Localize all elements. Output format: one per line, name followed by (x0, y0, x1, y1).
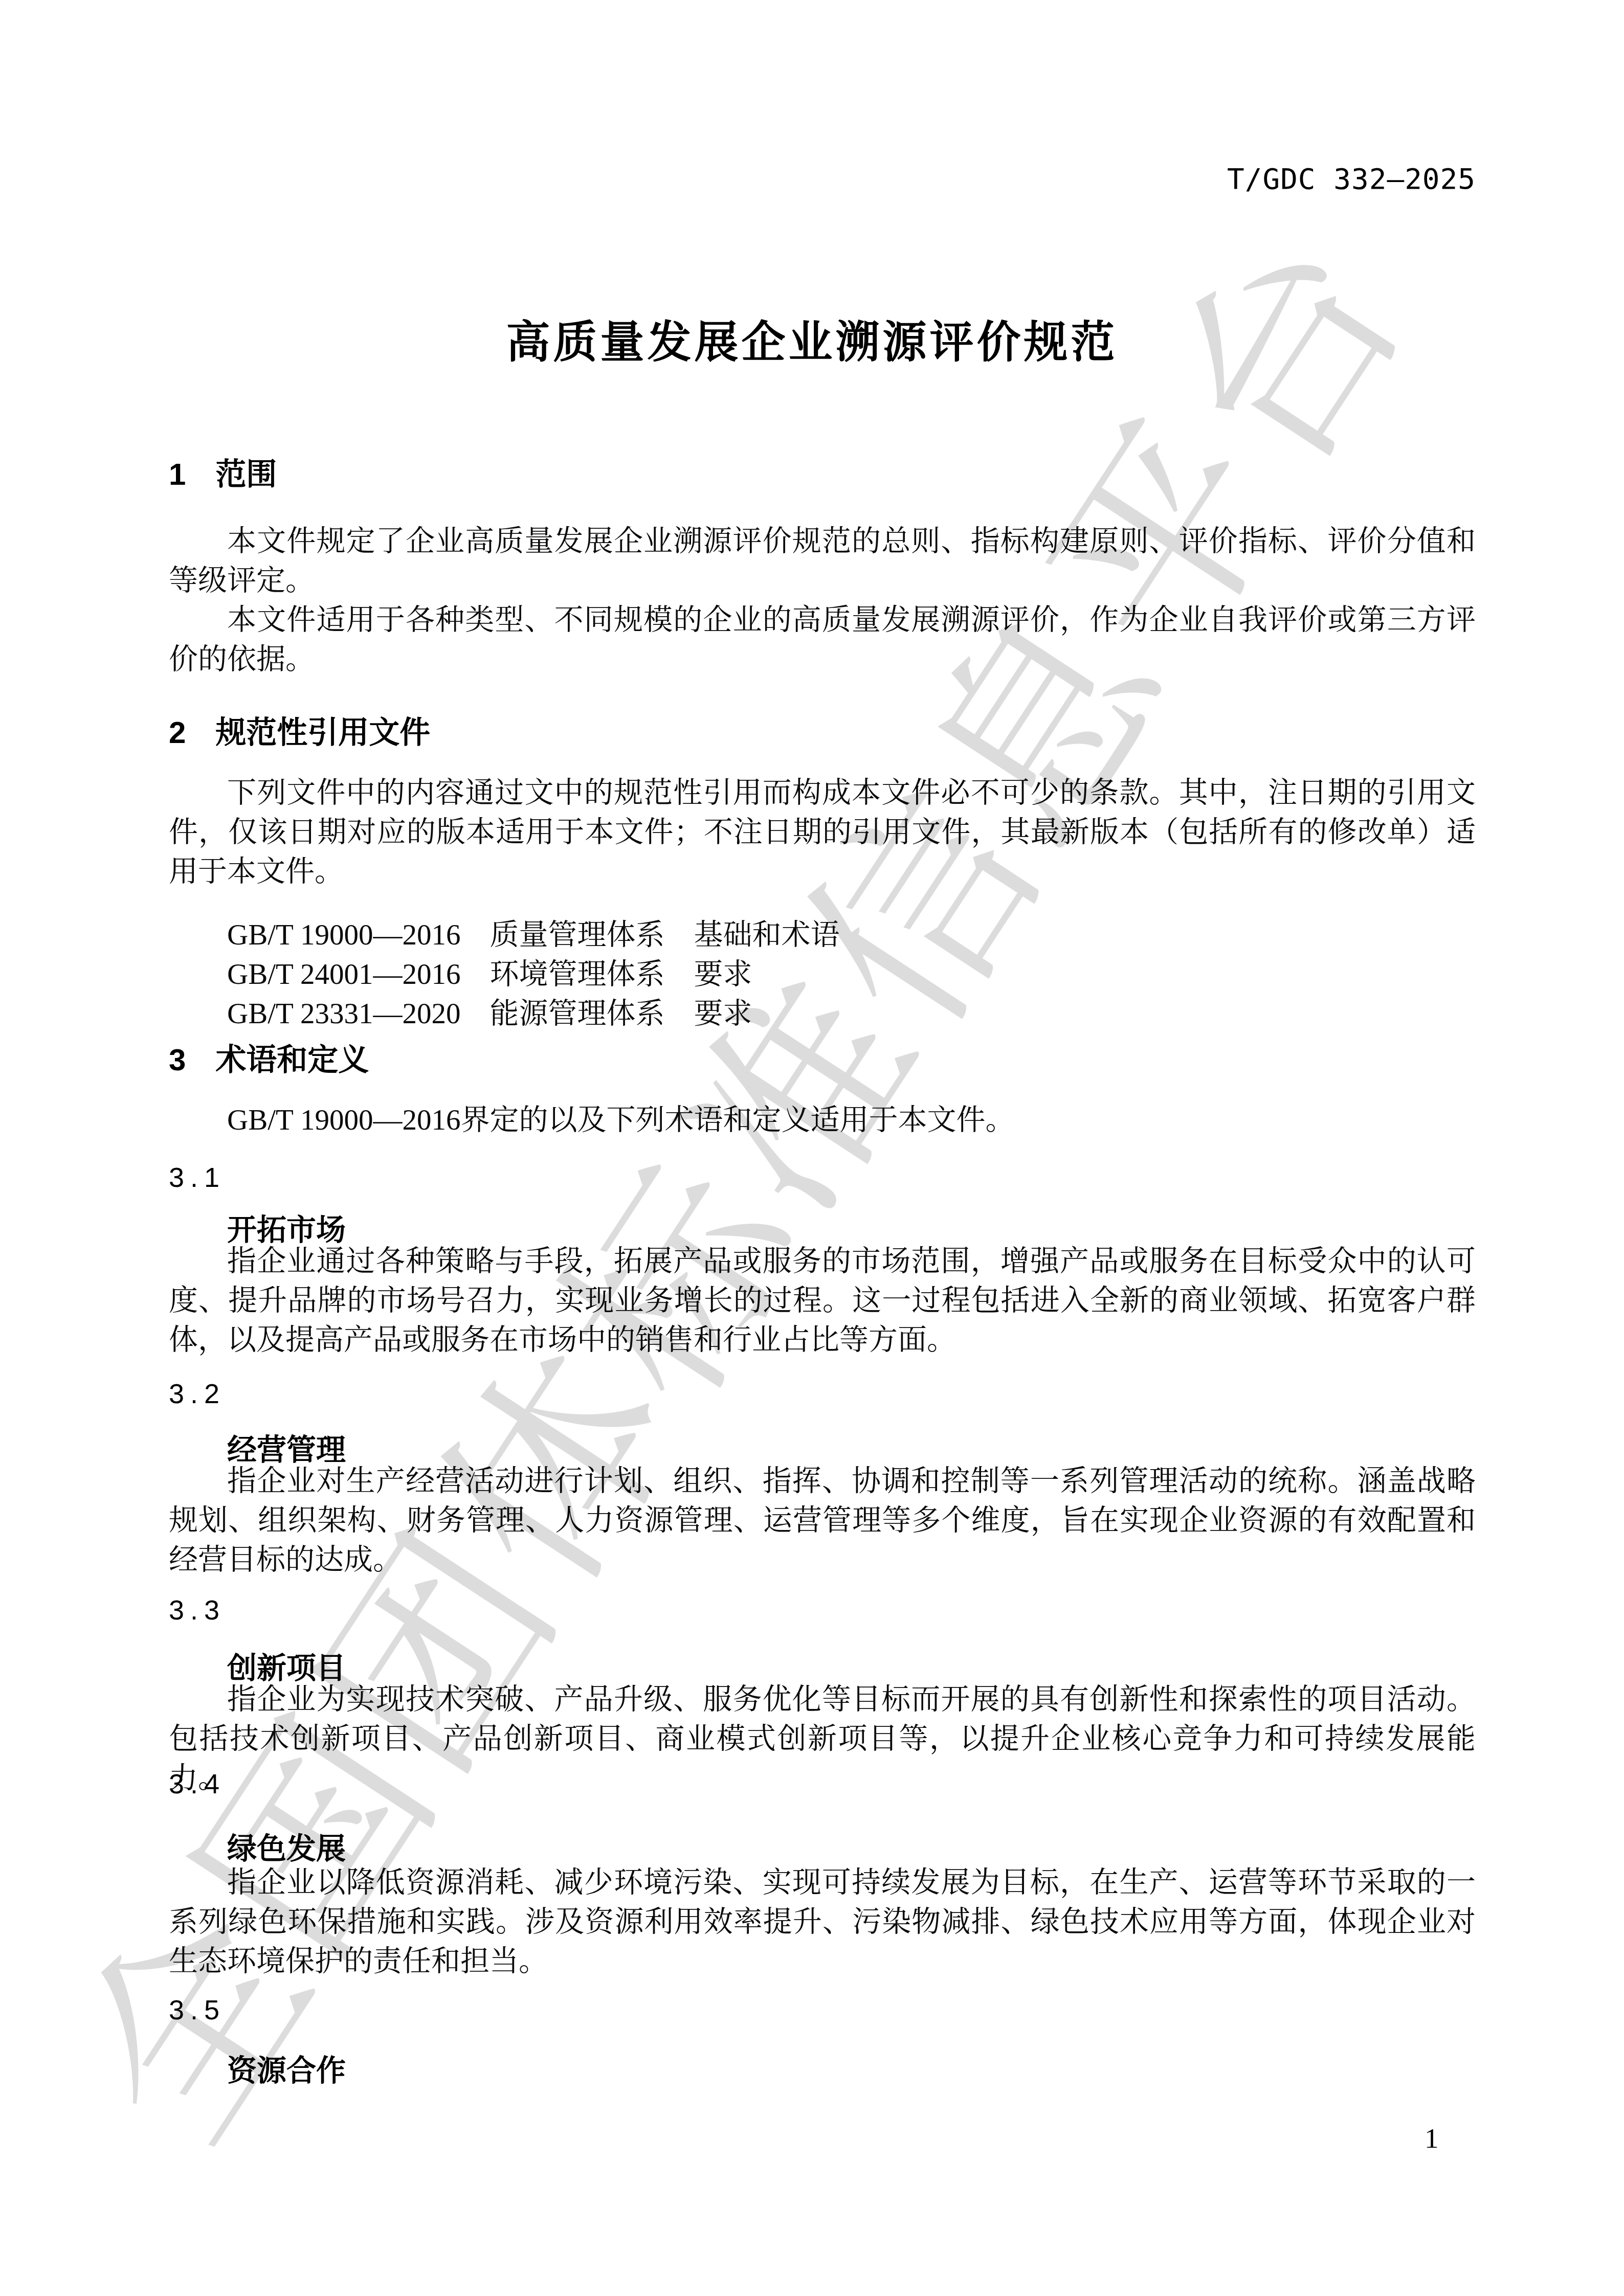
standard-document-page: 全国团体标准信息平台 T/GDC 332—2025 高质量发展企业溯源评价规范 … (0, 0, 1624, 2296)
term-lvsefazhan-definition: 指企业以降低资源消耗、减少环境污染、实现可持续发展为目标，在生产、运营等环节采取… (169, 1863, 1476, 1981)
paragraph: GB/T 19000—2016界定的以及下列术语和定义适用于本文件。 (169, 1100, 1476, 1140)
section-1-label: 范围 (215, 457, 277, 491)
term-lvsefazhan: 绿色发展 (169, 1825, 1534, 1867)
term-kaituoshichang-definition: 指企业通过各种策略与手段，拓展产品或服务的市场范围，增强产品或服务在目标受众中的… (169, 1242, 1476, 1360)
term-jingyingguanli-definition: 指企业对生产经营活动进行计划、组织、指挥、协调和控制等一系列管理活动的统称。涵盖… (169, 1461, 1476, 1580)
clause-3-2-number: 3.2 (169, 1378, 1476, 1410)
doc-code: T/GDC 332—2025 (0, 163, 1476, 196)
clause-3-3-number: 3.3 (169, 1594, 1476, 1626)
normative-references-list: GB/T 19000—2016 质量管理体系 基础和术语 GB/T 24001—… (169, 915, 1476, 1033)
section-1-body: 本文件规定了企业高质量发展企业溯源评价规范的总则、指标构建原则、评价指标、评价分… (169, 522, 1476, 679)
section-2-body: 下列文件中的内容通过文中的规范性引用而构成本文件必不可少的条款。其中，注日期的引… (169, 773, 1476, 891)
section-3-heading: 3术语和定义 (169, 1036, 1476, 1079)
paragraph: 下列文件中的内容通过文中的规范性引用而构成本文件必不可少的条款。其中，注日期的引… (169, 773, 1476, 891)
page-number: 1 (1425, 2122, 1439, 2154)
clause-3-1-number: 3.1 (169, 1162, 1476, 1194)
clause-3-4-number: 3.4 (169, 1768, 1476, 1800)
paragraph: 指企业通过各种策略与手段，拓展产品或服务的市场范围，增强产品或服务在目标受众中的… (169, 1242, 1476, 1360)
section-3-number: 3 (169, 1042, 186, 1077)
section-1-heading: 1范围 (169, 450, 1476, 494)
section-2-number: 2 (169, 715, 186, 750)
page-title: 高质量发展企业溯源评价规范 (0, 307, 1624, 370)
reference-item: GB/T 19000—2016 质量管理体系 基础和术语 (169, 915, 1476, 955)
paragraph: 指企业以降低资源消耗、减少环境污染、实现可持续发展为目标，在生产、运营等环节采取… (169, 1863, 1476, 1981)
paragraph: 本文件规定了企业高质量发展企业溯源评价规范的总则、指标构建原则、评价指标、评价分… (169, 522, 1476, 600)
reference-item: GB/T 24001—2016 环境管理体系 要求 (169, 955, 1476, 994)
section-3-intro: GB/T 19000—2016界定的以及下列术语和定义适用于本文件。 (169, 1100, 1476, 1140)
section-2-heading: 2规范性引用文件 (169, 708, 1476, 752)
term-ziyuanhezuo: 资源合作 (169, 2046, 1534, 2089)
clause-3-5-number: 3.5 (169, 1994, 1476, 2026)
section-1-number: 1 (169, 457, 186, 492)
paragraph: 指企业对生产经营活动进行计划、组织、指挥、协调和控制等一系列管理活动的统称。涵盖… (169, 1461, 1476, 1580)
page-content: T/GDC 332—2025 高质量发展企业溯源评价规范 1范围 本文件规定了企… (0, 0, 1624, 2296)
reference-item: GB/T 23331—2020 能源管理体系 要求 (169, 994, 1476, 1033)
section-3-label: 术语和定义 (215, 1043, 369, 1077)
section-2-label: 规范性引用文件 (215, 715, 430, 750)
paragraph: 本文件适用于各种类型、不同规模的企业的高质量发展溯源评价，作为企业自我评价或第三… (169, 600, 1476, 679)
